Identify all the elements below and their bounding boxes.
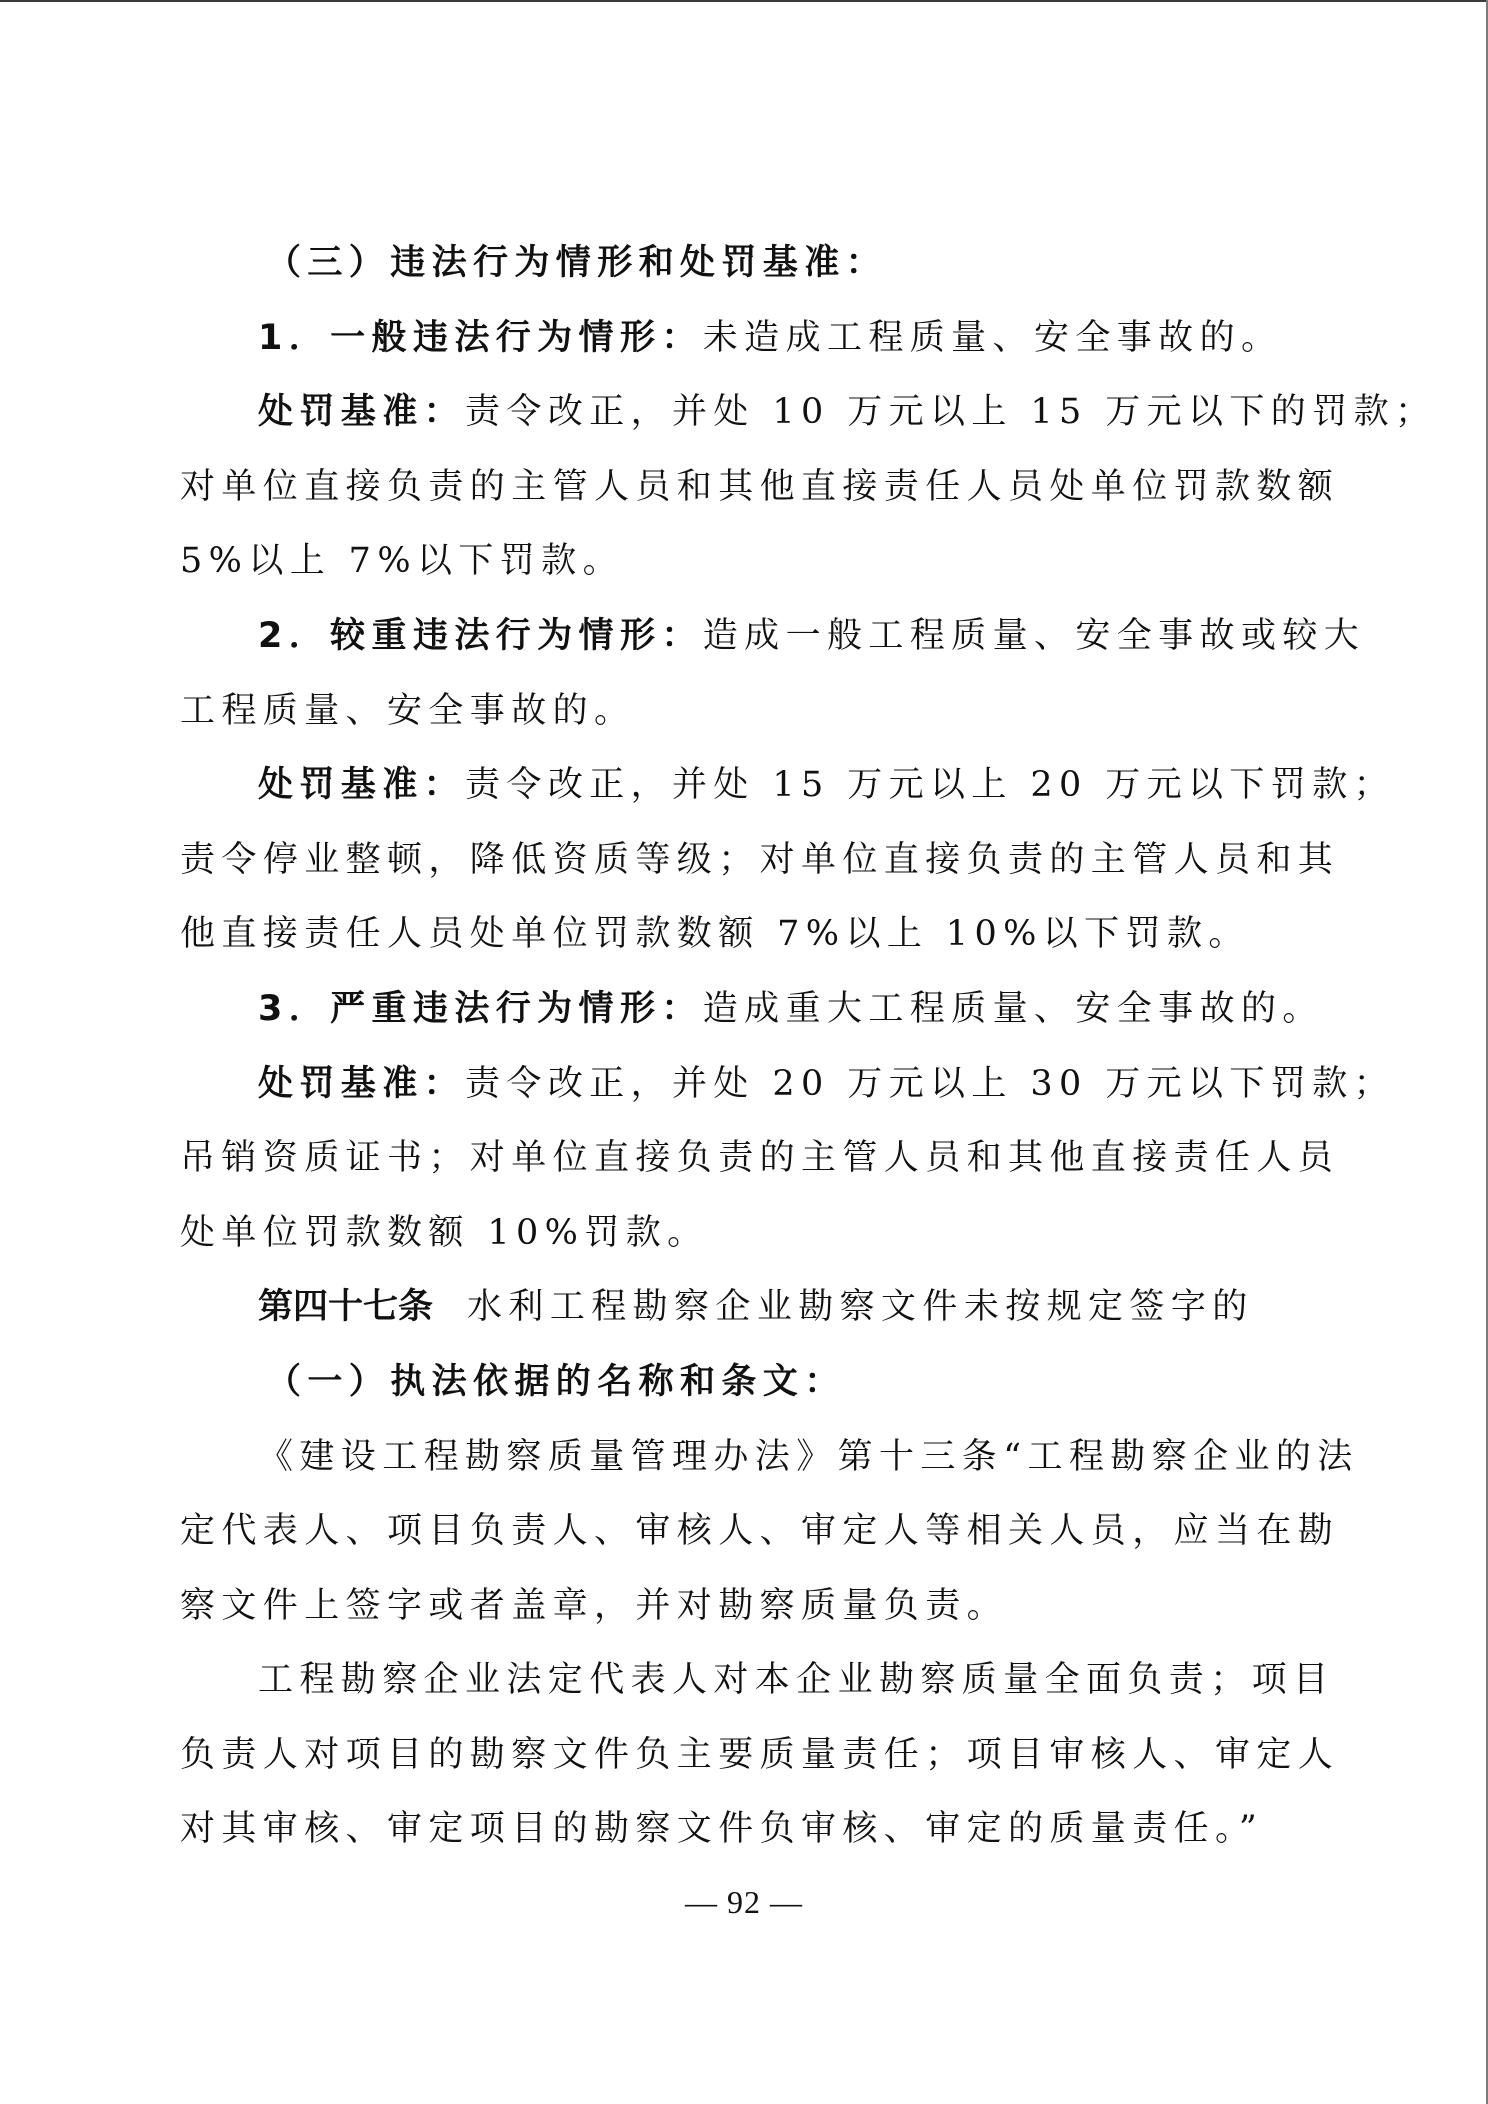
- basis-paragraph-2-line: 对其审核、审定项目的勘察文件负审核、审定的质量责任。”: [180, 1792, 1308, 1867]
- case-3-label: 3．严重违法行为情形：: [258, 989, 703, 1029]
- penalty-3-continuation: 吊销资质证书；对单位直接负责的主管人员和其他直接责任人员: [180, 1121, 1308, 1196]
- penalty-2-text: 责令改正，并处 15 万元以上 20 万元以下罚款；: [465, 765, 1395, 805]
- basis-paragraph-2-line: 负责人对项目的勘察文件负主要质量责任；项目审核人、审定人: [180, 1718, 1308, 1793]
- case-2-continuation: 工程质量、安全事故的。: [180, 674, 1308, 749]
- basis-paragraph-1-line: 《建设工程勘察质量管理办法》第十三条“工程勘察企业的法: [180, 1420, 1308, 1495]
- case-2-line: 2．较重违法行为情形：造成一般工程质量、安全事故或较大: [180, 599, 1308, 674]
- subsection-heading: （一）执法依据的名称和条文：: [180, 1345, 1308, 1420]
- document-page: （三）违法行为情形和处罚基准： 1．一般违法行为情形：未造成工程质量、安全事故的…: [180, 226, 1308, 1867]
- case-3-text: 造成重大工程质量、安全事故的。: [703, 989, 1324, 1029]
- penalty-1-text: 责令改正，并处 10 万元以上 15 万元以下的罚款；: [465, 392, 1436, 432]
- case-1-line: 1．一般违法行为情形：未造成工程质量、安全事故的。: [180, 301, 1308, 376]
- article-number: 第四十七条: [258, 1287, 433, 1327]
- case-3-line: 3．严重违法行为情形：造成重大工程质量、安全事故的。: [180, 972, 1308, 1047]
- case-2-text: 造成一般工程质量、安全事故或较大: [703, 616, 1365, 656]
- page-top-border: [0, 0, 1488, 2]
- penalty-1-label: 处罚基准：: [258, 392, 465, 432]
- case-1-label: 1．一般违法行为情形：: [258, 318, 703, 358]
- penalty-1-continuation: 5%以上 7%以下罚款。: [180, 524, 1308, 599]
- basis-paragraph-2-line: 工程勘察企业法定代表人对本企业勘察质量全面负责；项目: [180, 1643, 1308, 1718]
- basis-paragraph-1-line: 定代表人、项目负责人、审核人、审定人等相关人员，应当在勘: [180, 1494, 1308, 1569]
- penalty-2-continuation: 责令停业整顿，降低资质等级；对单位直接负责的主管人员和其: [180, 823, 1308, 898]
- page-number: — 92 —: [0, 1884, 1488, 1921]
- penalty-2-label: 处罚基准：: [258, 765, 465, 805]
- basis-paragraph-1-line: 察文件上签字或者盖章，并对勘察质量负责。: [180, 1569, 1308, 1644]
- penalty-2-continuation: 他直接责任人员处单位罚款数额 7%以上 10%以下罚款。: [180, 897, 1308, 972]
- penalty-1-continuation: 对单位直接负责的主管人员和其他直接责任人员处单位罚款数额: [180, 450, 1308, 525]
- penalty-3-continuation: 处单位罚款数额 10%罚款。: [180, 1196, 1308, 1271]
- penalty-3-line: 处罚基准：责令改正，并处 20 万元以上 30 万元以下罚款；: [180, 1047, 1308, 1122]
- penalty-3-label: 处罚基准：: [258, 1064, 465, 1104]
- article-heading: 第四十七条水利工程勘察企业勘察文件未按规定签字的: [180, 1270, 1308, 1345]
- penalty-1-line: 处罚基准：责令改正，并处 10 万元以上 15 万元以下的罚款；: [180, 375, 1308, 450]
- article-title: 水利工程勘察企业勘察文件未按规定签字的: [467, 1287, 1254, 1327]
- section-heading: （三）违法行为情形和处罚基准：: [180, 226, 1308, 301]
- penalty-3-text: 责令改正，并处 20 万元以上 30 万元以下罚款；: [465, 1064, 1395, 1104]
- case-2-label: 2．较重违法行为情形：: [258, 616, 703, 656]
- penalty-2-line: 处罚基准：责令改正，并处 15 万元以上 20 万元以下罚款；: [180, 748, 1308, 823]
- case-1-text: 未造成工程质量、安全事故的。: [703, 318, 1283, 358]
